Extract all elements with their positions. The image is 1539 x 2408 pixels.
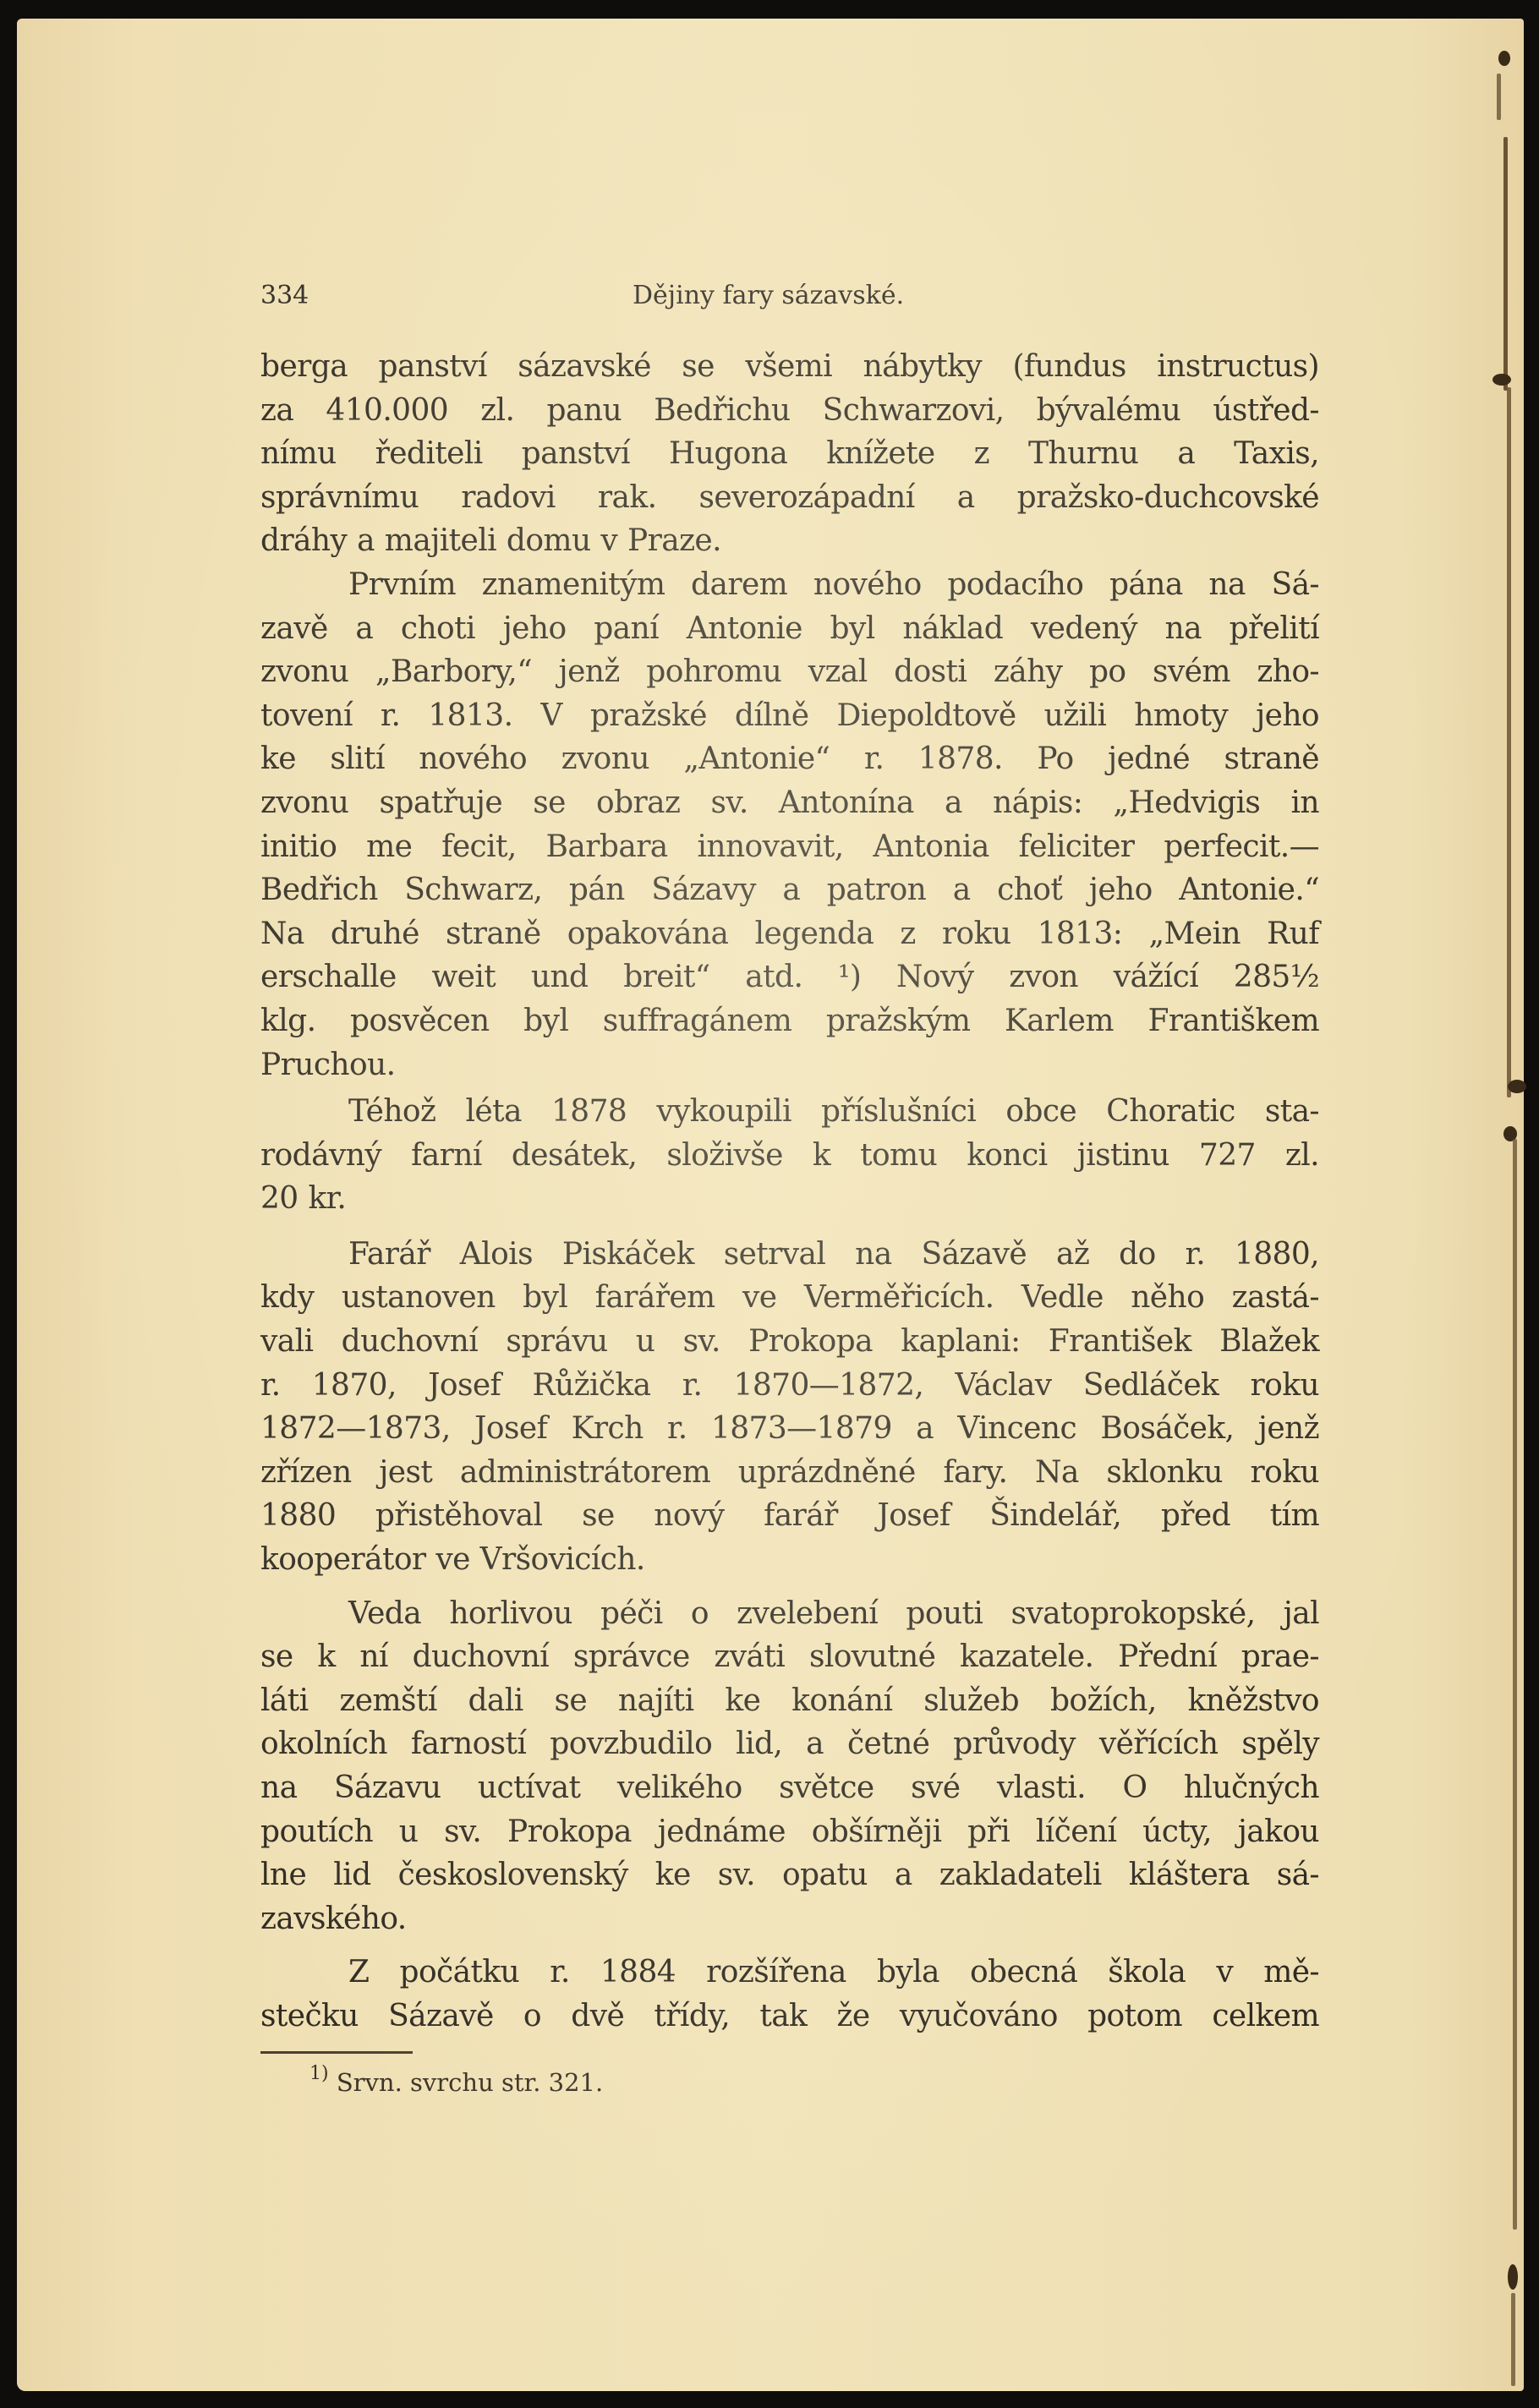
text-line: láti zemští dali se najíti ke konání slu… [260,1679,1319,1723]
text-line: berga panství sázavské se všemi nábytky … [260,345,1319,389]
footnote-marker: 1) [309,2063,329,2084]
edge-line-lower [1513,1139,1517,2230]
text-line: lne lid československý ke sv. opatu a za… [260,1853,1319,1897]
paragraph: Téhož léta 1878 vykoupili příslušníci ob… [260,1090,1319,1221]
edge-line-bottom [1511,2293,1515,2386]
text-line: zvonu „Barbory,“ jenž pohromu vzal dosti… [260,650,1319,694]
paragraph: Z počátku r. 1884 rozšířena byla obecná … [260,1951,1319,2038]
text-line: Prvním znamenitým darem nového podacího … [260,563,1319,607]
paragraph: berga panství sázavské se všemi nábytky … [260,345,1319,563]
edge-ink-blot [1492,374,1511,386]
running-head: 334 Dějiny fary sázavské. [260,281,1319,315]
text-line: tovení r. 1813. V pražské dílně Diepoldt… [260,694,1319,738]
text-line: Farář Alois Piskáček setrval na Sázavě a… [260,1233,1319,1277]
footnote-text: Srvn. svrchu str. 321. [337,2068,603,2097]
paragraph: Farář Alois Piskáček setrval na Sázavě a… [260,1233,1319,1582]
text-line: ke slití nového zvonu „Antonie“ r. 1878.… [260,737,1319,781]
text-line: kooperátor ve Vršovicích. [260,1538,1319,1582]
text-line: Pruchou. [260,1043,1319,1087]
text-line: zavě a choti jeho paní Antonie byl nákla… [260,607,1319,651]
text-line: 20 kr. [260,1177,1319,1221]
text-line: erschalle weit und breit“ atd. ¹) Nový z… [260,955,1319,999]
edge-ink-blot [1508,2264,1518,2290]
edge-ink-blot [1508,1080,1526,1093]
text-line: vali duchovní správu u sv. Prokopa kapla… [260,1320,1319,1364]
body-text: berga panství sázavské se všemi nábytky … [260,345,1319,2039]
text-line: dráhy a majiteli domu v Praze. [260,519,1319,563]
text-line: okolních farností povzbudilo lid, a četn… [260,1722,1319,1766]
edge-line-top [1497,74,1501,120]
edge-ink-blot [1498,51,1510,66]
text-line: se k ní duchovní správce zváti slovutné … [260,1635,1319,1679]
text-line: Téhož léta 1878 vykoupili příslušníci ob… [260,1090,1319,1134]
text-line: kdy ustanoven byl farářem ve Verměřicích… [260,1276,1319,1320]
paragraph: Prvním znamenitým darem nového podacího … [260,563,1319,1086]
edge-line-mid [1507,387,1511,1097]
text-line: zřízen jest administrátorem uprázdněné f… [260,1451,1319,1495]
footnote: 1) Srvn. svrchu str. 321. [309,2063,603,2097]
text-line: za 410.000 zl. panu Bedřichu Schwarzovi,… [260,389,1319,433]
footnote-rule [260,2051,413,2054]
text-line: poutích u sv. Prokopa jednáme obšírněji … [260,1810,1319,1854]
edge-line-upper [1503,137,1508,391]
text-line: zvonu spatřuje se obraz sv. Antonína a n… [260,781,1319,825]
text-line: nímu řediteli panství Hugona knížete z T… [260,432,1319,476]
text-line: 1872—1873, Josef Krch r. 1873—1879 a Vin… [260,1407,1319,1451]
text-line: 1880 přistěhoval se nový farář Josef Šin… [260,1494,1319,1538]
text-line: na Sázavu uctívat velikého světce své vl… [260,1766,1319,1810]
paragraph: Veda horlivou péči o zvelebení pouti sva… [260,1592,1319,1941]
text-line: zavského. [260,1897,1319,1941]
text-line: r. 1870, Josef Růžička r. 1870—1872, Vác… [260,1364,1319,1408]
running-title: Dějiny fary sázavské. [633,281,904,310]
text-line: Veda horlivou péči o zvelebení pouti sva… [260,1592,1319,1636]
text-line: Z počátku r. 1884 rozšířena byla obecná … [260,1951,1319,1995]
text-line: initio me fecit, Barbara innovavit, Anto… [260,825,1319,869]
text-line: Bedřich Schwarz, pán Sázavy a patron a c… [260,868,1319,912]
text-line: rodávný farní desátek, složivše k tomu k… [260,1134,1319,1178]
text-line: správnímu radovi rak. severozápadní a pr… [260,476,1319,520]
text-line: stečku Sázavě o dvě třídy, tak že vyučov… [260,1995,1319,2039]
scanned-page: 334 Dějiny fary sázavské. berga panství … [17,19,1524,2391]
text-line: Na druhé straně opakována legenda z roku… [260,912,1319,956]
page-number: 334 [260,281,309,310]
text-line: klg. posvěcen byl suffragánem pražským K… [260,999,1319,1043]
